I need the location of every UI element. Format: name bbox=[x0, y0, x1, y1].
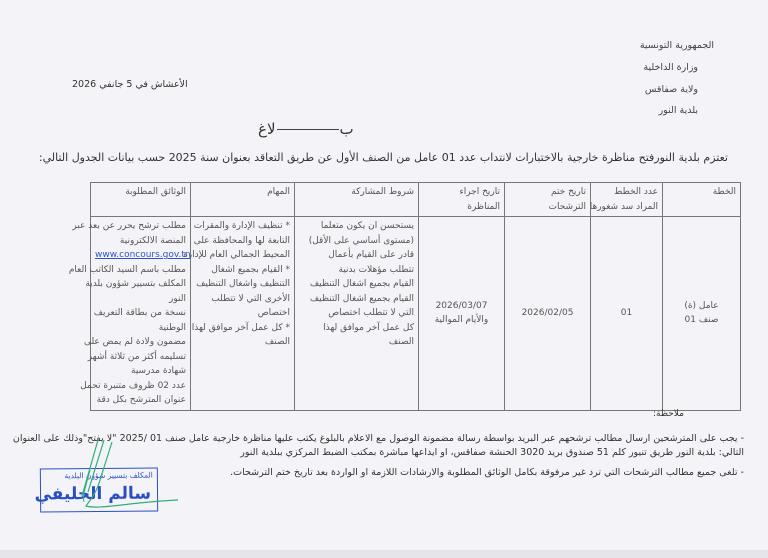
col-header-exam-date: تاريخ اجراء المناظرة bbox=[419, 183, 505, 217]
header-republic: الجمهورية التونسية bbox=[640, 40, 714, 51]
title-suffix: لاغ bbox=[258, 120, 276, 138]
cell-conditions: يستحسن ان يكون متعلما (مستوى أساسي على ا… bbox=[295, 217, 419, 411]
note-1-line-2: التالي: بلدية النور طريق تنيور كلم 51 صن… bbox=[240, 447, 744, 458]
positions-table: الخطة عدد الخطط المراد سد شغورها تاريخ خ… bbox=[90, 182, 741, 411]
title-prefix: ب bbox=[340, 120, 354, 138]
col-header-deadline: تاريخ ختم الترشحات bbox=[505, 183, 591, 217]
announcement-title: بلاغ bbox=[258, 120, 408, 150]
table-row: عامل (ة) صنف 01 01 2026/02/05 2026/03/07… bbox=[91, 217, 741, 411]
col-header-position: الخطة bbox=[663, 183, 741, 217]
stamp-title: المكلف بتسيير شؤون البلدية bbox=[64, 471, 152, 481]
intro-paragraph: تعتزم بلدية النورفتح مناظرة خارجية بالاخ… bbox=[39, 151, 728, 164]
table-header-row: الخطة عدد الخطط المراد سد شغورها تاريخ خ… bbox=[91, 183, 741, 217]
col-header-conditions: شروط المشاركة bbox=[295, 183, 419, 217]
place-date: الأعشاش في 5 جانفي 2026 bbox=[72, 79, 188, 90]
title-stretch-bar bbox=[277, 129, 339, 130]
header-governorate: ولاية صفاقس bbox=[645, 84, 698, 95]
header-municipality: بلدية النور bbox=[659, 105, 698, 116]
col-header-documents: الوثائق المطلوبة bbox=[91, 183, 191, 217]
cell-deadline: 2026/02/05 bbox=[505, 217, 591, 411]
cell-exam-date: 2026/03/07 والأيام الموالية bbox=[419, 217, 505, 411]
note-2: - تلغى جميع مطالب الترشحات التي ترد غير … bbox=[230, 467, 744, 478]
col-header-tasks: المهام bbox=[191, 183, 295, 217]
cell-position: عامل (ة) صنف 01 bbox=[663, 217, 741, 411]
header-ministry: وزارة الداخلية bbox=[643, 62, 698, 73]
document-page: الجمهورية التونسية وزارة الداخلية ولاية … bbox=[0, 0, 768, 558]
col-header-count: عدد الخطط المراد سد شغورها bbox=[591, 183, 663, 217]
page-bottom-edge bbox=[0, 550, 768, 558]
stamp-name: سالم الخليفي bbox=[34, 484, 151, 505]
note-1-line-1: - يجب على المترشحين ارسال مطالب ترشحهم ع… bbox=[13, 433, 744, 444]
cell-tasks: * تنظيف الإدارة والمقرات التابعة لها وال… bbox=[191, 217, 295, 411]
cell-count: 01 bbox=[591, 217, 663, 411]
cell-documents: مطلب ترشح يحرر عن بعد عبر المنصة الالكتر… bbox=[91, 217, 191, 411]
concours-link[interactable]: www.concours.gov.tn bbox=[95, 248, 186, 263]
notes-label: ملاحظة: bbox=[653, 409, 684, 419]
official-stamp: المكلف بتسيير شؤون البلدية سالم الخليفي bbox=[40, 467, 158, 512]
